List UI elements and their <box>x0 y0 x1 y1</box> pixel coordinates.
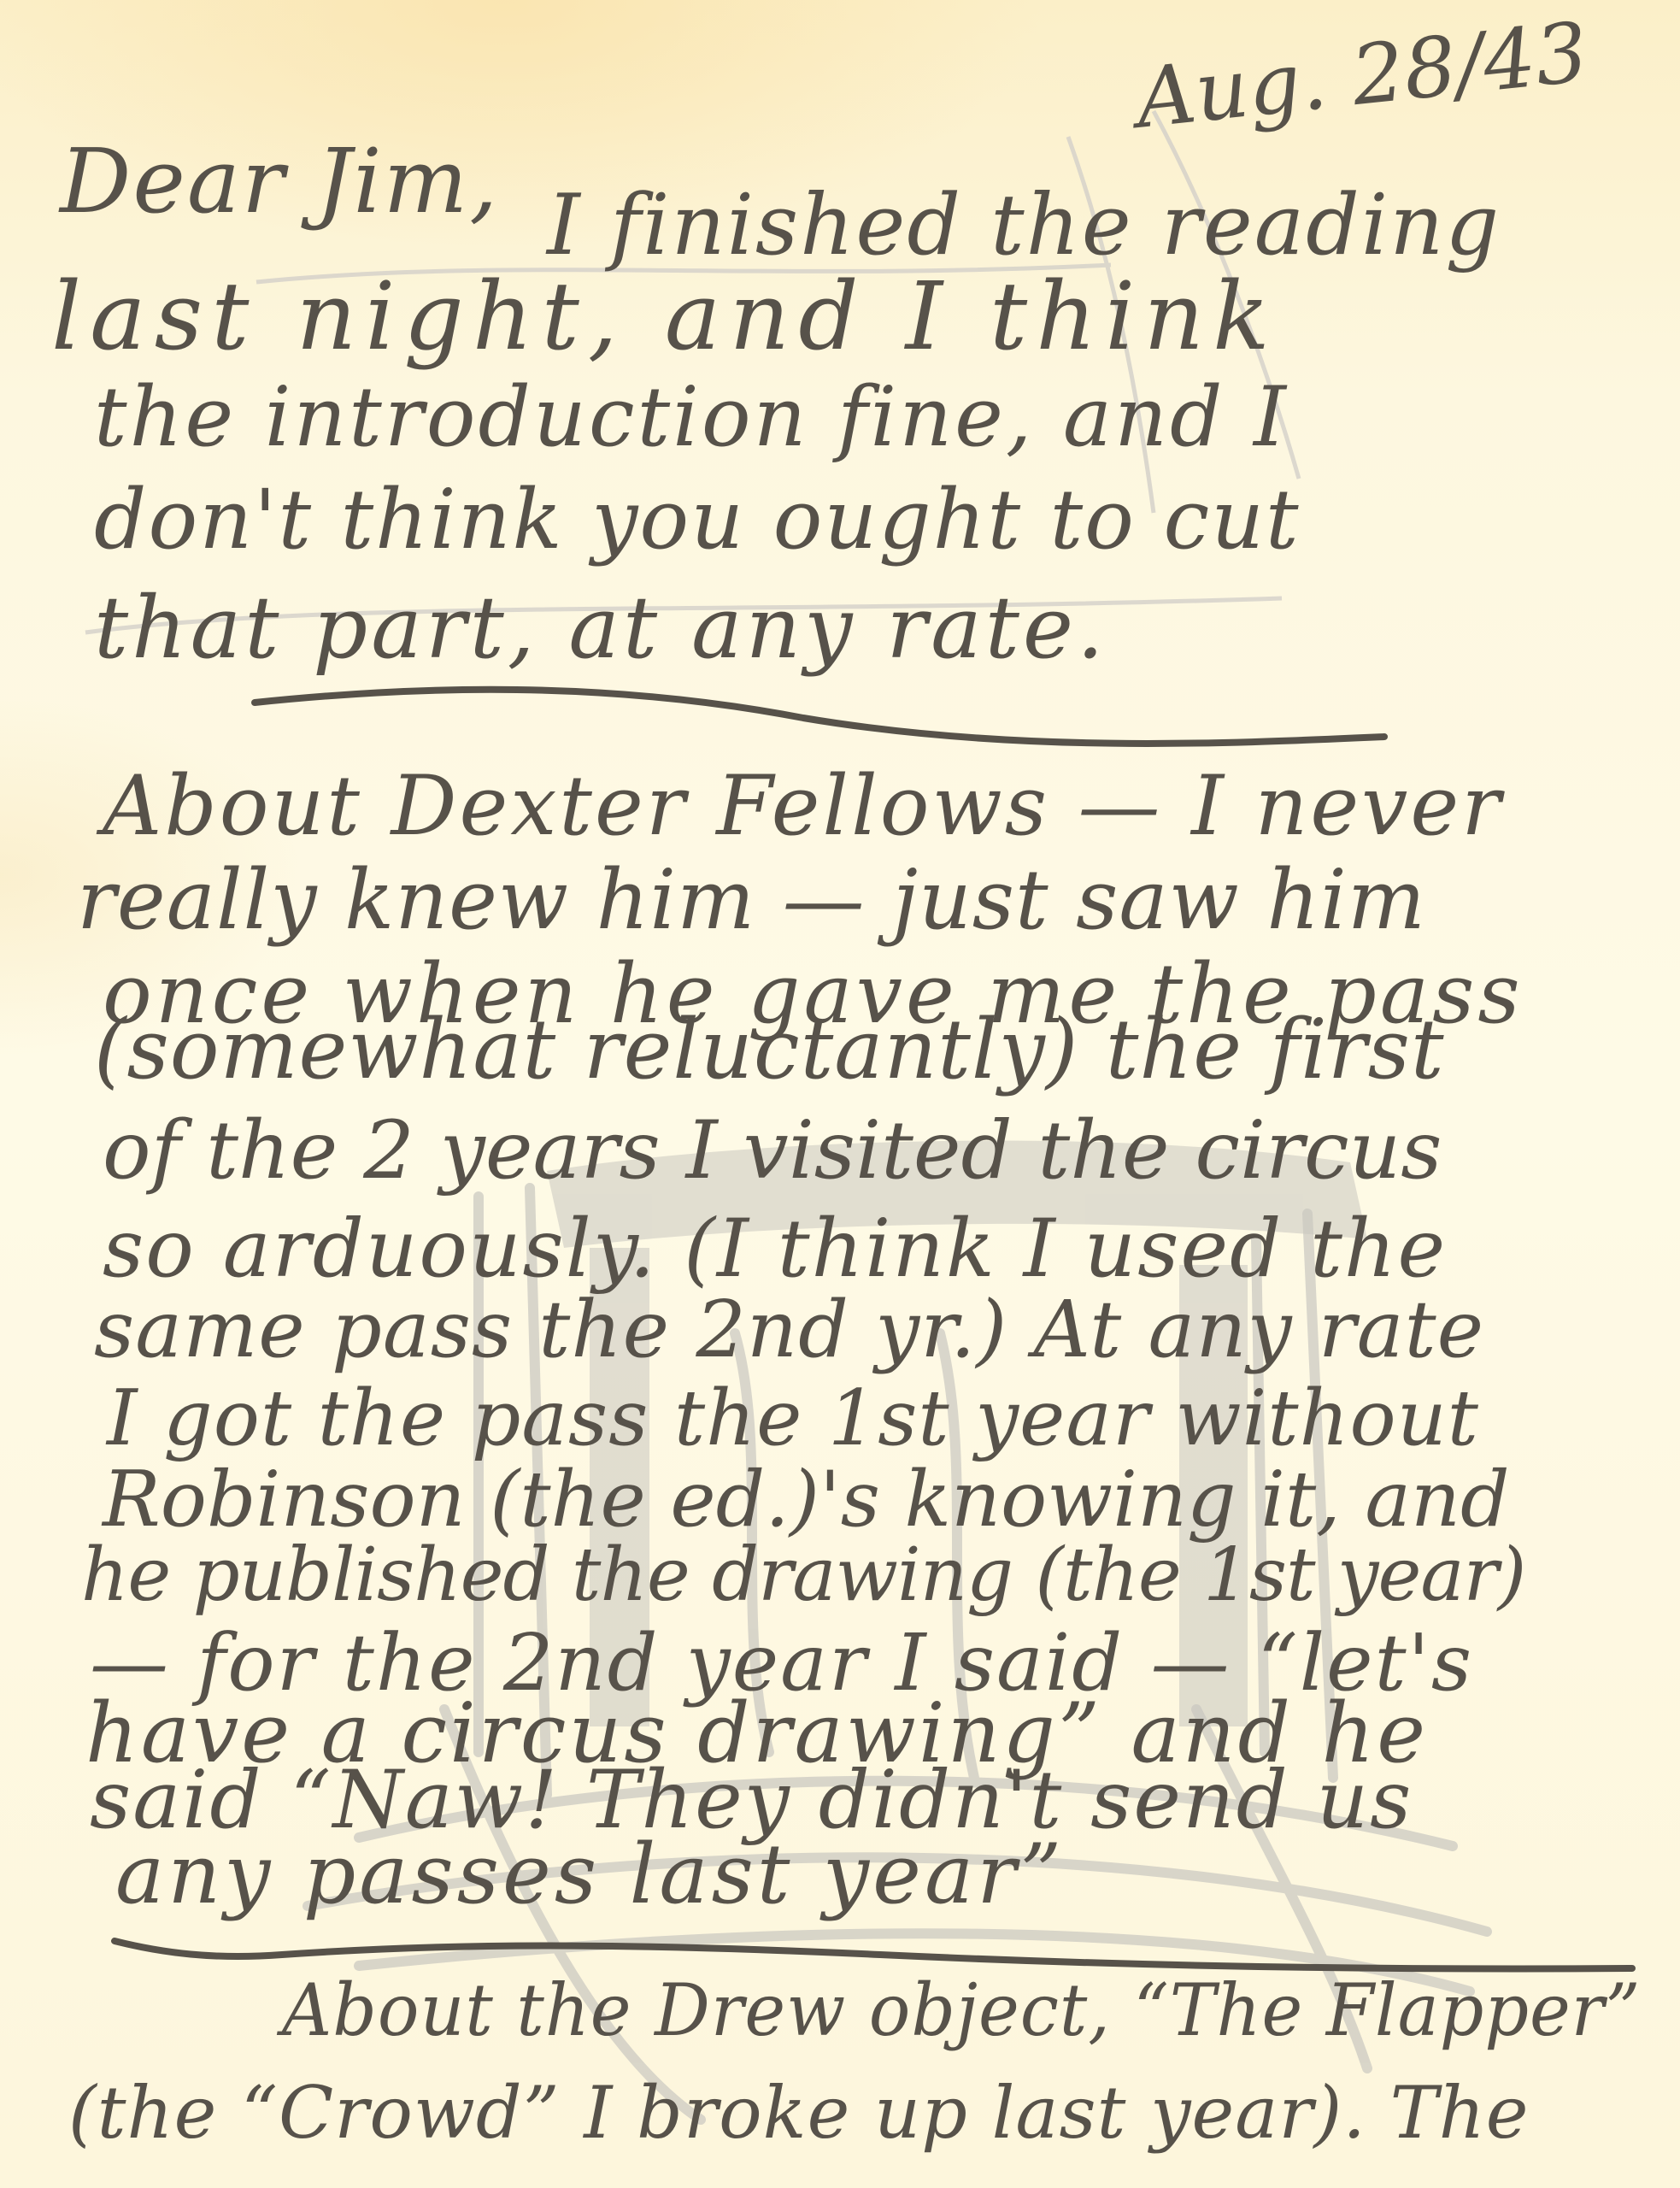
section-divider <box>248 684 1401 752</box>
letter-page: Aug. 28/43 Dear Jim, I finished the read… <box>0 0 1680 2188</box>
letter-line: same pass the 2nd yr.) At any rate <box>94 1291 1484 1369</box>
letter-line: the introduction fine, and I <box>94 376 1289 458</box>
letter-line: don't think you ought to cut <box>94 479 1301 561</box>
letter-line: (somewhat reluctantly) the first <box>94 1009 1445 1091</box>
letter-line: I got the pass the 1st year without <box>107 1380 1479 1457</box>
letter-line: (the “Crowd” I broke up last year). The <box>68 2077 1529 2149</box>
letter-line: About the Drew object, “The Flapper” <box>282 1974 1641 2046</box>
salutation: Dear Jim, <box>60 137 499 226</box>
letter-line: that part, at any rate. <box>94 585 1107 671</box>
letter-date: Aug. 28/43 <box>1131 4 1592 147</box>
letter-line: of the 2 years I visited the circus <box>103 1111 1442 1191</box>
letter-line: he published the drawing (the 1st year) <box>81 1538 1525 1612</box>
letter-line: really knew him — just saw him <box>77 859 1426 941</box>
letter-line: About Dexter Fellows — I never <box>103 765 1503 847</box>
letter-line: Robinson (the ed.)'s knowing it, and <box>103 1462 1510 1538</box>
letter-line: any passes last year” <box>115 1833 1065 1915</box>
letter-line: I finished the reading <box>547 184 1501 268</box>
letter-line: so arduously. (I think I used the <box>103 1209 1447 1290</box>
letter-line: last night, and I think <box>51 269 1278 363</box>
